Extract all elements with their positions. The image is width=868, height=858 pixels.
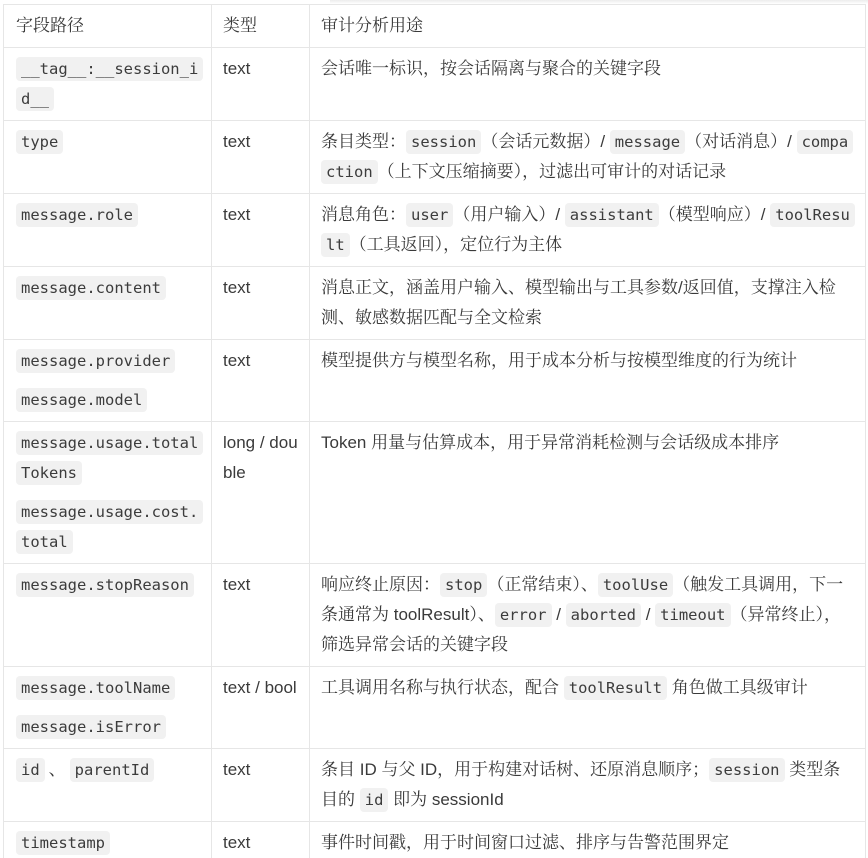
usage-text: 条目 ID 与父 ID，用于构建对话树、还原消息顺序；	[321, 760, 709, 779]
field-path-cell: message.content	[4, 267, 212, 340]
table-row: message.providermessage.modeltext模型提供方与模…	[4, 340, 866, 422]
field-path-line: message.model	[16, 385, 203, 415]
type-cell: text	[212, 194, 310, 267]
table-row: message.stopReasontext响应终止原因：stop（正常结束）、…	[4, 564, 866, 667]
field-path-code: message.usage.cost.total	[16, 500, 203, 554]
inline-code: session	[406, 130, 481, 154]
field-path-line: timestamp	[16, 828, 203, 858]
usage-cell: 消息正文，涵盖用户输入、模型输出与工具参数/返回值，支撑注入检测、敏感数据匹配与…	[310, 267, 866, 340]
table-row: message.toolNamemessage.isErrortext / bo…	[4, 667, 866, 749]
field-path-line: message.isError	[16, 712, 203, 742]
inline-code: error	[495, 603, 552, 627]
usage-text: 工具调用名称与执行状态，配合	[321, 678, 564, 697]
usage-cell: 会话唯一标识，按会话隔离与聚合的关键字段	[310, 48, 866, 121]
inline-code: toolUse	[598, 573, 673, 597]
usage-text: 即为 sessionId	[388, 790, 503, 809]
table-row: __tag__:__session_id__text会话唯一标识，按会话隔离与聚…	[4, 48, 866, 121]
table-row: message.contenttext消息正文，涵盖用户输入、模型输出与工具参数…	[4, 267, 866, 340]
type-cell: long / double	[212, 422, 310, 564]
field-path-code: message.provider	[16, 349, 175, 373]
field-path-cell: type	[4, 121, 212, 194]
field-separator: 、	[45, 760, 70, 779]
usage-text: （用户输入）/	[453, 205, 564, 224]
type-cell: text	[212, 267, 310, 340]
field-path-cell: message.providermessage.model	[4, 340, 212, 422]
field-path-cell: message.stopReason	[4, 564, 212, 667]
field-path-code: message.stopReason	[16, 573, 194, 597]
type-cell: text / bool	[212, 667, 310, 749]
field-path-code: message.role	[16, 203, 138, 227]
field-path-cell: id、parentId	[4, 749, 212, 822]
usage-text: /	[641, 605, 655, 624]
usage-text: （模型响应）/	[659, 205, 770, 224]
field-path-code: message.usage.totalTokens	[16, 431, 203, 485]
inline-code: toolResult	[564, 676, 667, 700]
type-cell: text	[212, 340, 310, 422]
field-path-line: message.content	[16, 273, 203, 303]
field-path-line: __tag__:__session_id__	[16, 54, 203, 114]
usage-text: （对话消息）/	[685, 132, 796, 151]
field-path-cell: timestamp	[4, 822, 212, 858]
field-path-line: message.usage.totalTokens	[16, 428, 203, 488]
usage-cell: Token 用量与估算成本，用于异常消耗检测与会话级成本排序	[310, 422, 866, 564]
usage-text: 事件时间戳，用于时间窗口过滤、排序与告警范围界定	[321, 833, 729, 852]
inline-code: message	[610, 130, 685, 154]
table-row: typetext条目类型：session（会话元数据）/ message（对话消…	[4, 121, 866, 194]
type-cell: text	[212, 564, 310, 667]
usage-cell: 消息角色：user（用户输入）/ assistant（模型响应）/ toolRe…	[310, 194, 866, 267]
field-path-code: type	[16, 130, 63, 154]
table-header-row: 字段路径 类型 审计分析用途	[4, 5, 866, 48]
usage-text: 条目类型：	[321, 132, 406, 151]
usage-cell: 条目 ID 与父 ID，用于构建对话树、还原消息顺序；session 类型条目的…	[310, 749, 866, 822]
field-path-code: message.content	[16, 276, 166, 300]
field-path-code: id	[16, 758, 45, 782]
usage-cell: 事件时间戳，用于时间窗口过滤、排序与告警范围界定	[310, 822, 866, 858]
usage-text: （正常结束）、	[487, 575, 598, 594]
inline-code: aborted	[566, 603, 641, 627]
field-path-code: message.toolName	[16, 676, 175, 700]
header-type: 类型	[212, 5, 310, 48]
field-path-code: parentId	[70, 758, 155, 782]
field-path-line: message.toolName	[16, 673, 203, 703]
inline-code: session	[709, 758, 784, 782]
usage-text: /	[552, 605, 566, 624]
field-path-line: type	[16, 127, 203, 157]
usage-text: 消息角色：	[321, 205, 406, 224]
usage-text: Token 用量与估算成本，用于异常消耗检测与会话级成本排序	[321, 433, 779, 452]
usage-text: 响应终止原因：	[321, 575, 440, 594]
inline-code: user	[406, 203, 453, 227]
field-path-code: __tag__:__session_id__	[16, 57, 203, 111]
usage-cell: 条目类型：session（会话元数据）/ message（对话消息）/ comp…	[310, 121, 866, 194]
inline-code: assistant	[565, 203, 659, 227]
header-usage: 审计分析用途	[310, 5, 866, 48]
field-path-code: message.isError	[16, 715, 166, 739]
inline-code: id	[360, 788, 389, 812]
header-field-path: 字段路径	[4, 5, 212, 48]
type-cell: text	[212, 121, 310, 194]
table-row: message.roletext消息角色：user（用户输入）/ assista…	[4, 194, 866, 267]
usage-cell: 工具调用名称与执行状态，配合 toolResult 角色做工具级审计	[310, 667, 866, 749]
field-path-cell: message.toolNamemessage.isError	[4, 667, 212, 749]
audit-fields-table: 字段路径 类型 审计分析用途 __tag__:__session_id__tex…	[3, 4, 866, 858]
field-path-code: message.model	[16, 388, 147, 412]
type-cell: text	[212, 48, 310, 121]
field-path-cell: message.role	[4, 194, 212, 267]
field-path-line: message.stopReason	[16, 570, 203, 600]
field-path-line: message.provider	[16, 346, 203, 376]
usage-text: 会话唯一标识，按会话隔离与聚合的关键字段	[321, 59, 661, 78]
usage-text: （上下文压缩摘要），过滤出可审计的对话记录	[378, 162, 727, 181]
usage-text: （工具返回），定位行为主体	[350, 235, 563, 254]
field-path-cell: __tag__:__session_id__	[4, 48, 212, 121]
usage-text: 消息正文，涵盖用户输入、模型输出与工具参数/返回值，支撑注入检测、敏感数据匹配与…	[321, 278, 836, 327]
type-cell: text	[212, 749, 310, 822]
usage-cell: 响应终止原因：stop（正常结束）、toolUse（触发工具调用，下一条通常为 …	[310, 564, 866, 667]
inline-code: timeout	[655, 603, 730, 627]
usage-cell: 模型提供方与模型名称，用于成本分析与按模型维度的行为统计	[310, 340, 866, 422]
type-cell: text	[212, 822, 310, 858]
inline-code: stop	[440, 573, 487, 597]
field-path-code: timestamp	[16, 831, 110, 855]
field-path-cell: message.usage.totalTokensmessage.usage.c…	[4, 422, 212, 564]
table-row: id、parentIdtext条目 ID 与父 ID，用于构建对话树、还原消息顺…	[4, 749, 866, 822]
field-path-line: message.role	[16, 200, 203, 230]
usage-text: 角色做工具级审计	[667, 678, 808, 697]
table-row: timestamptext事件时间戳，用于时间窗口过滤、排序与告警范围界定	[4, 822, 866, 858]
usage-text: 模型提供方与模型名称，用于成本分析与按模型维度的行为统计	[321, 351, 797, 370]
usage-text: （会话元数据）/	[481, 132, 609, 151]
table-row: message.usage.totalTokensmessage.usage.c…	[4, 422, 866, 564]
field-path-line: message.usage.cost.total	[16, 497, 203, 557]
